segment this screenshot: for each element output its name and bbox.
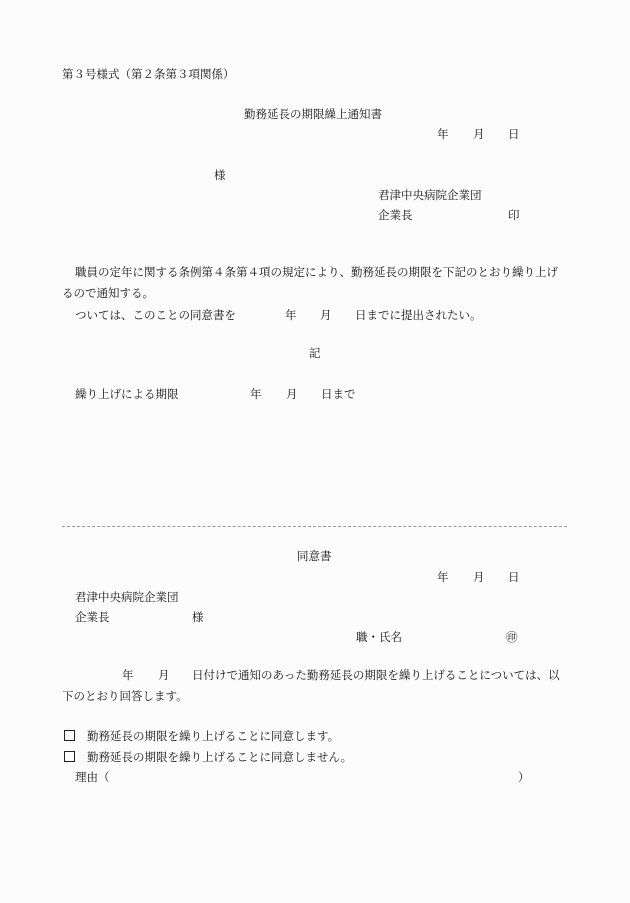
notice-issuer-title: 企業長	[378, 210, 413, 222]
consent-body-month: 月	[158, 670, 170, 682]
notice-deadline-month: 月	[286, 389, 298, 401]
reason-label: 理由（	[75, 772, 110, 784]
disagree-label: 勤務延長の期限を繰り上げることに同意しません。	[87, 750, 352, 764]
consent-addressee-title: 企業長	[75, 612, 110, 624]
notice-date-year: 年	[437, 129, 449, 141]
consent-date-day: 日	[508, 572, 520, 584]
notice-deadline-year: 年	[250, 389, 262, 401]
form-number: 第３号様式（第２条第３項関係）	[62, 69, 235, 81]
agree-label: 勤務延長の期限を繰り上げることに同意します。	[87, 729, 339, 743]
consent-addressee-org: 君津中央病院企業団	[75, 592, 179, 604]
notice-deadline-label: 繰り上げによる期限	[75, 389, 179, 401]
disagree-checkbox[interactable]	[64, 751, 75, 762]
notice-addressee-suffix: 様	[214, 170, 226, 182]
consent-option-agree[interactable]: 勤務延長の期限を繰り上げることに同意します。	[64, 730, 339, 743]
notice-ki: 記	[309, 348, 321, 360]
notice-request-suffix: 日までに提出されたい。	[355, 310, 482, 322]
consent-title: 同意書	[297, 551, 332, 563]
consent-body-year: 年	[122, 670, 134, 682]
consent-date-month: 月	[473, 572, 485, 584]
consent-option-disagree[interactable]: 勤務延長の期限を繰り上げることに同意しません。	[64, 751, 352, 764]
notice-request-year: 年	[285, 310, 297, 322]
consent-date-year: 年	[437, 572, 449, 584]
consent-addressee-suffix: 様	[192, 612, 204, 624]
notice-body-line1: 職員の定年に関する条例第４条第４項の規定により、勤務延長の期限を下記のとおり繰り…	[75, 267, 558, 279]
consent-body-line1: 日付けで通知のあった勤務延長の期限を繰り上げることについては、以	[192, 670, 560, 682]
notice-date-month: 月	[473, 129, 485, 141]
notice-body-line2: るので通知する。	[62, 288, 154, 300]
notice-seal: 印	[508, 210, 520, 222]
notice-issuer-org: 君津中央病院企業団	[378, 190, 482, 202]
notice-title: 勤務延長の期限繰上通知書	[244, 109, 382, 121]
cut-line-separator	[62, 526, 567, 527]
notice-request-month: 月	[320, 310, 332, 322]
agree-checkbox[interactable]	[64, 730, 75, 741]
consent-body-line2: 下のとおり回答します。	[62, 691, 188, 703]
notice-date-day: 日	[508, 129, 520, 141]
notice-deadline-suffix: 日まで	[321, 389, 356, 401]
consent-signer-label: 職・氏名	[356, 632, 402, 644]
reason-close-paren: ）	[518, 772, 530, 784]
notice-request-prefix: ついては、このことの同意書を	[75, 310, 236, 322]
consent-seal: ㊞	[506, 632, 518, 644]
